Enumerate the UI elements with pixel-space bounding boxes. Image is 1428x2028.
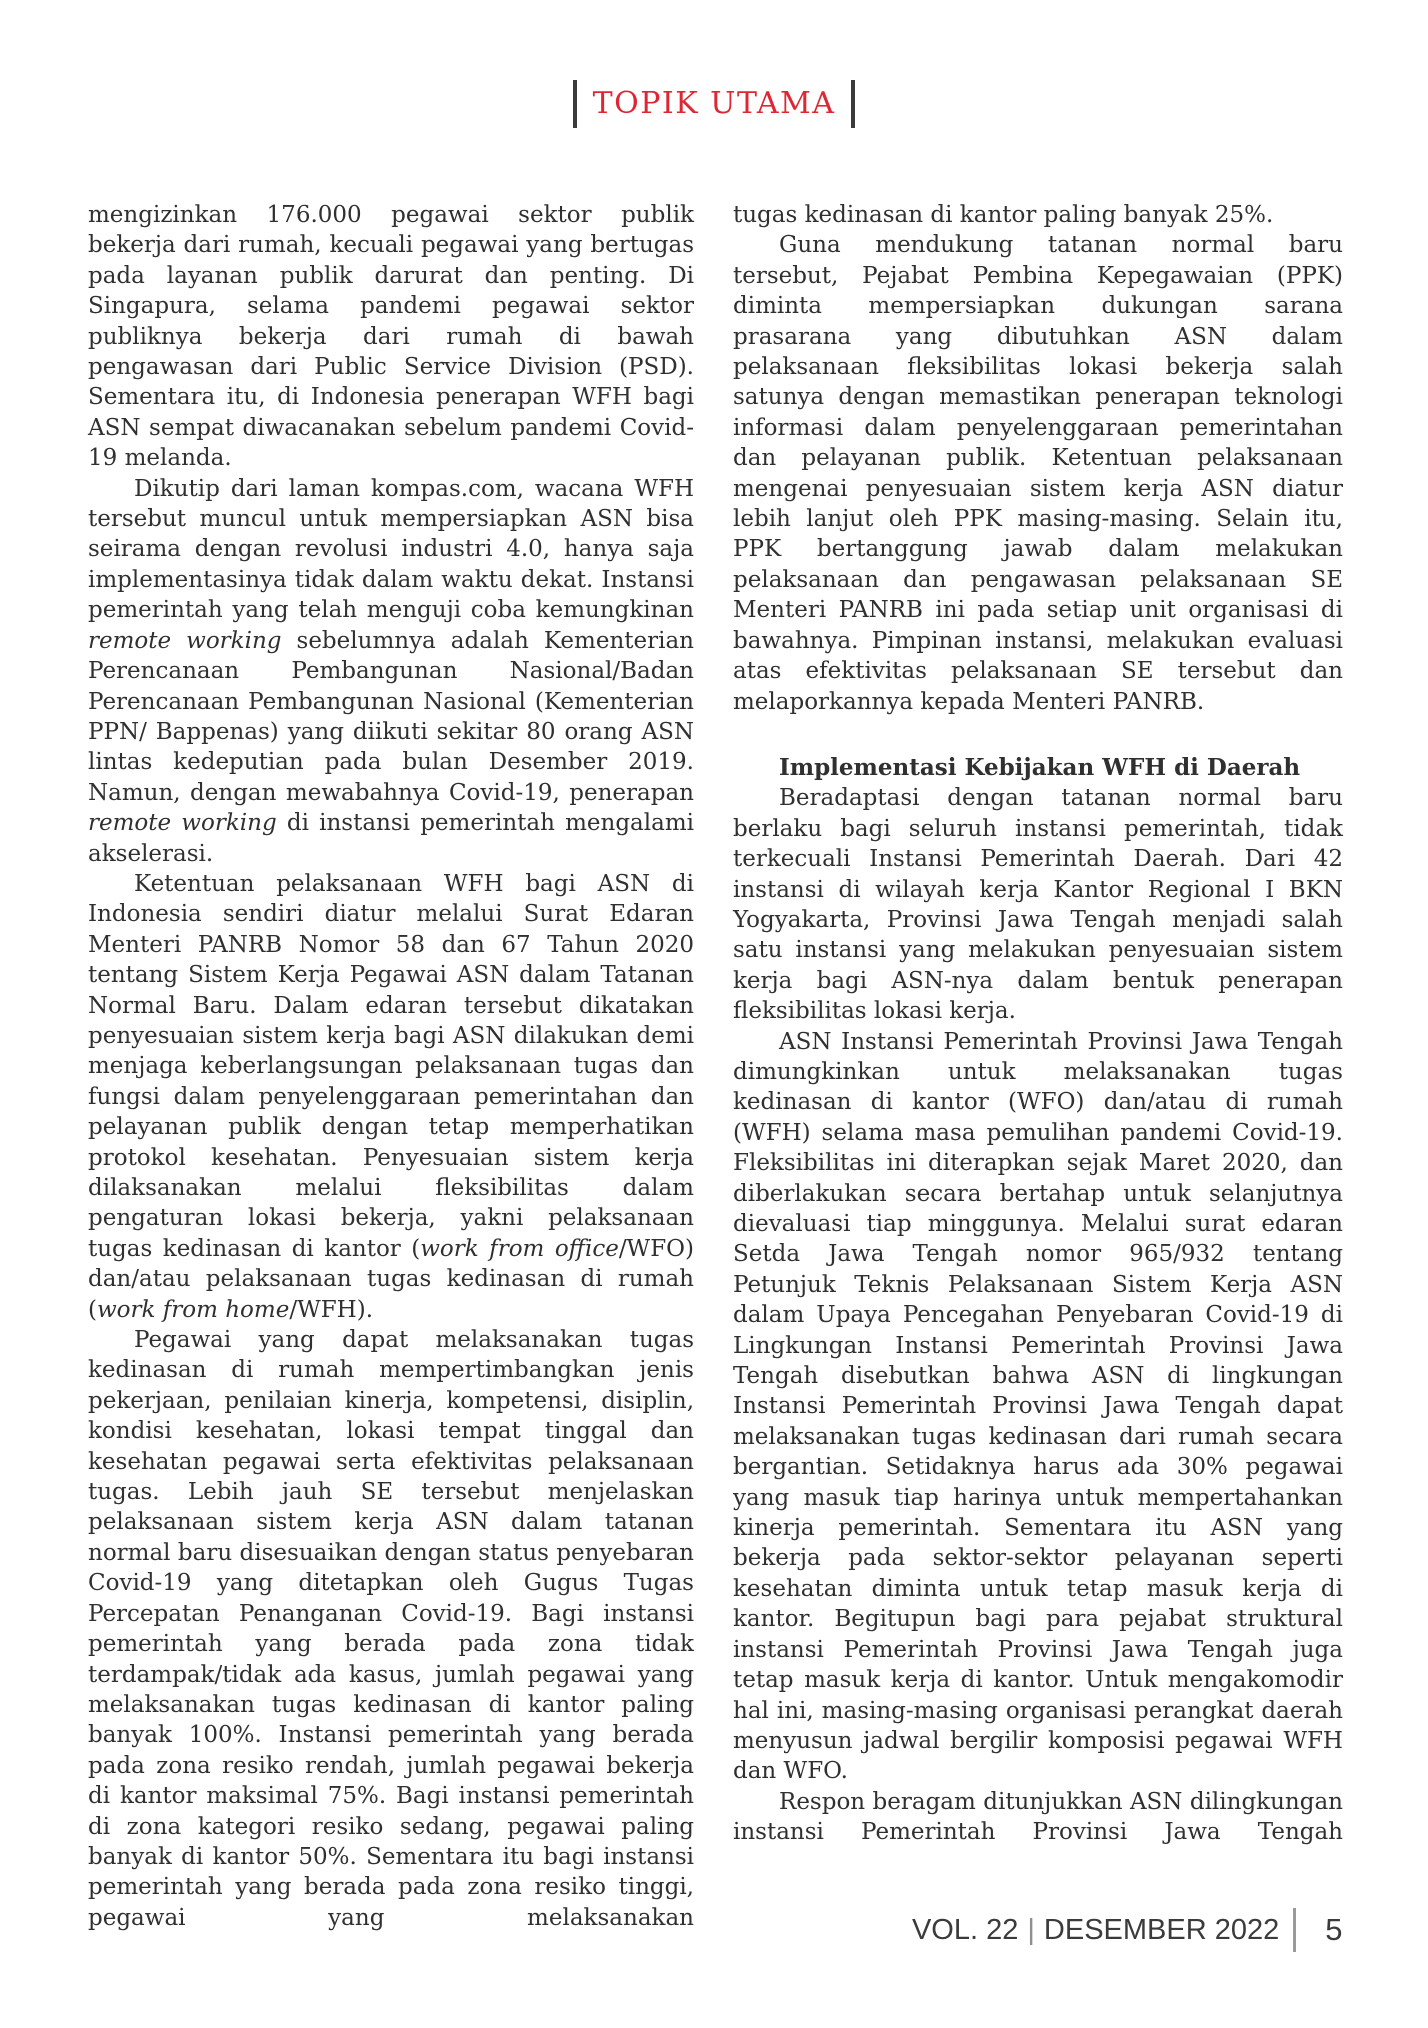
article-body: mengizinkan 176.000 pegawai sektor publi… (88, 200, 1343, 1933)
journal-page: { "page": { "background": "#ffffff", "bo… (0, 0, 1428, 2028)
paragraph: Respon beragam ditunjukkan ASN dilingkun… (733, 1787, 1343, 1848)
paragraph: tugas kedinasan di kantor paling banyak … (733, 200, 1343, 230)
footer-rule (1293, 1908, 1296, 1952)
section-heading: Implementasi Kebijakan WFH di Daerah (733, 753, 1343, 783)
paragraph: Beradaptasi dengan tatanan normal baru b… (733, 783, 1343, 1026)
paragraph: mengizinkan 176.000 pegawai sektor publi… (88, 200, 694, 474)
paragraph: Pegawai yang dapat melaksanakan tugas ke… (88, 1325, 694, 1933)
left-column: mengizinkan 176.000 pegawai sektor publi… (88, 200, 694, 1933)
paragraph: ASN Instansi Pemerintah Provinsi Jawa Te… (733, 1027, 1343, 1787)
page-number: 5 (1325, 1912, 1343, 1948)
paragraph: Ketentuan pelaksanaan WFH bagi ASN di In… (88, 869, 694, 1325)
masthead-left-bar (573, 80, 577, 128)
footer-volume: VOL. 22 (912, 1914, 1018, 1947)
masthead: TOPIK UTAMA (0, 80, 1428, 128)
right-column: tugas kedinasan di kantor paling banyak … (733, 200, 1343, 1933)
paragraph: Guna mendukung tatanan normal baru terse… (733, 230, 1343, 717)
page-footer: VOL. 22 | DESEMBER 2022 5 (912, 1906, 1343, 1954)
paragraph: Dikutip dari laman kompas.com, wacana WF… (88, 474, 694, 869)
footer-issue: DESEMBER 2022 (1044, 1914, 1279, 1947)
masthead-right-bar (851, 80, 855, 128)
section-title: TOPIK UTAMA (590, 80, 839, 128)
footer-separator: | (1018, 1914, 1044, 1947)
